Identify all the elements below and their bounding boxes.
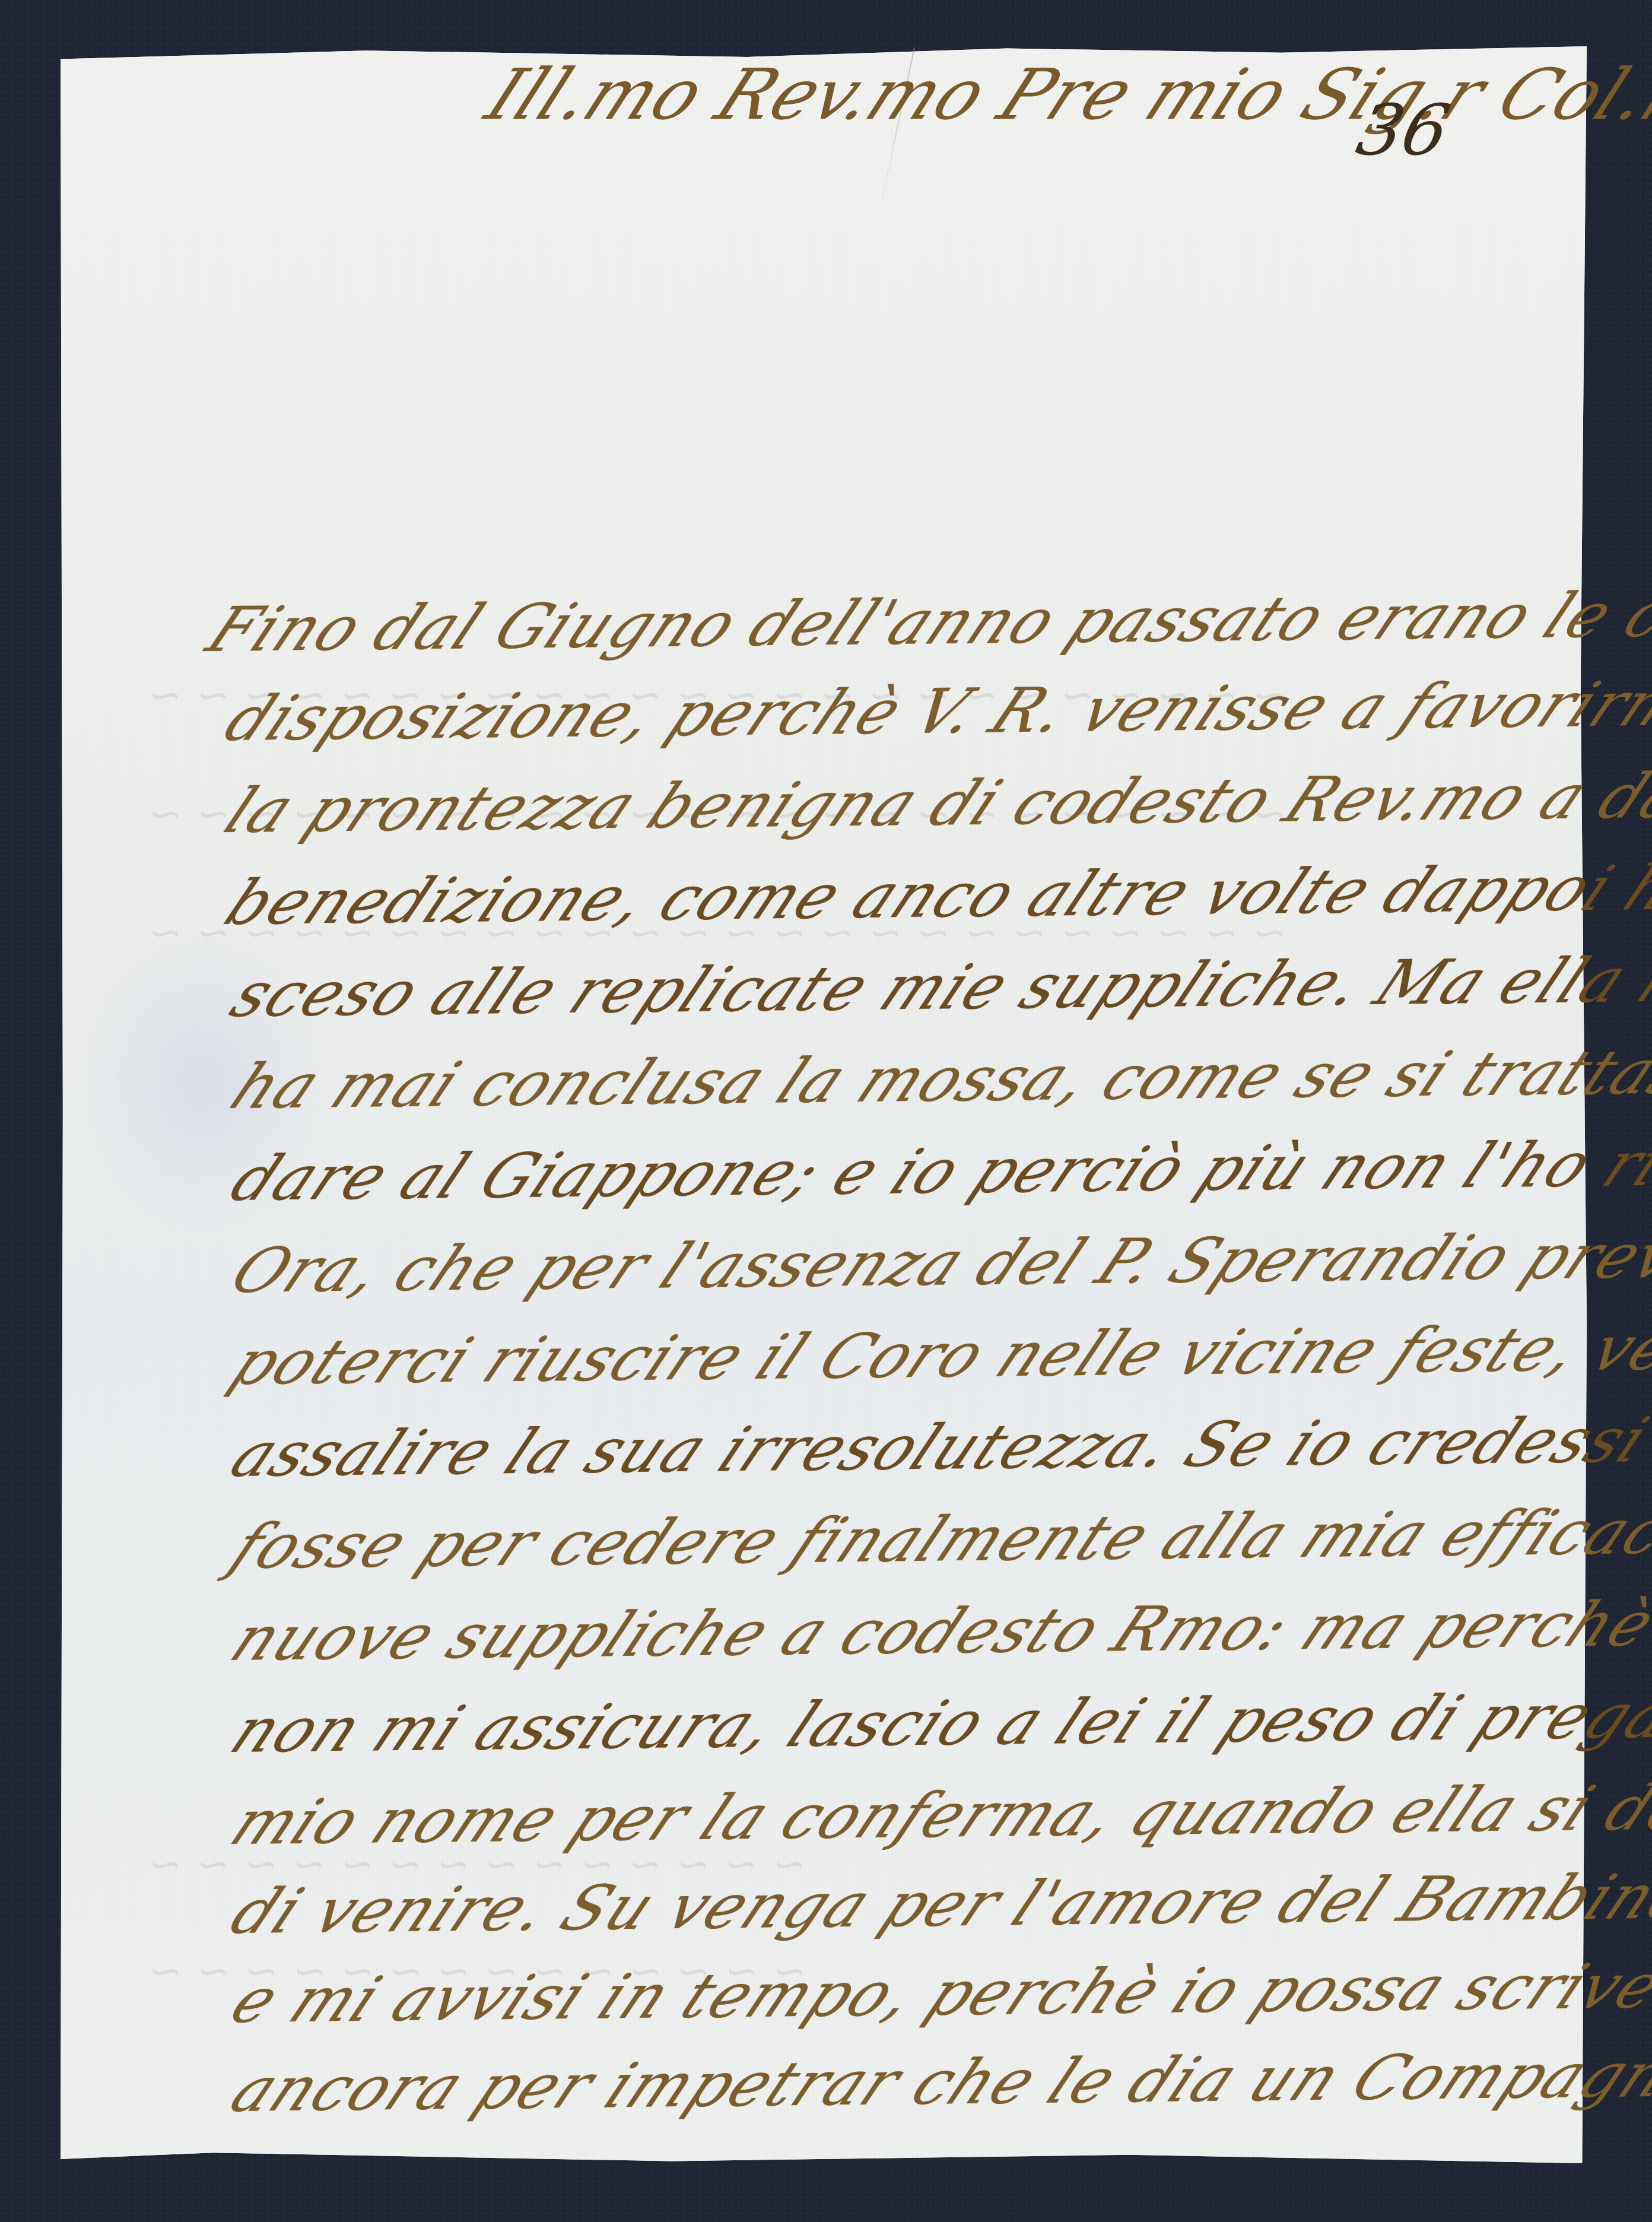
letter-line: non mi assicura, lascio a lei il peso di… [220,1676,1652,1767]
letter-line: poterci riuscire il Coro nelle vicine fe… [220,1309,1652,1399]
letter-line: fosse per cedere finalmente alla mia eff… [220,1491,1652,1583]
letter-line: dare al Giappone; e io perciò più non l'… [220,1125,1652,1215]
letter-line: assalire la sua irresolutezza. Se io cre… [220,1400,1652,1491]
letter-line: nuove suppliche a codesto Rmo: ma perchè… [220,1583,1652,1675]
letter-line: ancora per impetrar che le dia un Compag… [220,2034,1652,2126]
letter-line: sceso alle replicate mie suppliche. Ma e… [220,942,1652,1031]
letter-line: Ora, che per l'assenza del P. Sperandio … [220,1216,1652,1307]
letter-line: e mi avvisi in tempo, perchè io possa sc… [220,1945,1652,2037]
letter-body: Fino dal Giugno dell'anno passato erano … [0,0,1652,2222]
letter-line: la prontezza benigna di codesto Rev.mo a… [214,758,1652,847]
letter-line: benedizione, come anco altre volte dappo… [214,849,1652,939]
letter-line: Fino dal Giugno dell'anno passato erano … [196,576,1652,666]
letter-line: di venire. Su venga per l'amore del Bamb… [220,1858,1652,1948]
letter-line: ha mai conclusa la mossa, come se si tra… [220,1033,1652,1123]
letter-line: mio nome per la conferma, quando ella si… [220,1769,1652,1859]
letter-line: disposizione, perchè V. R. venisse a fav… [214,665,1652,755]
